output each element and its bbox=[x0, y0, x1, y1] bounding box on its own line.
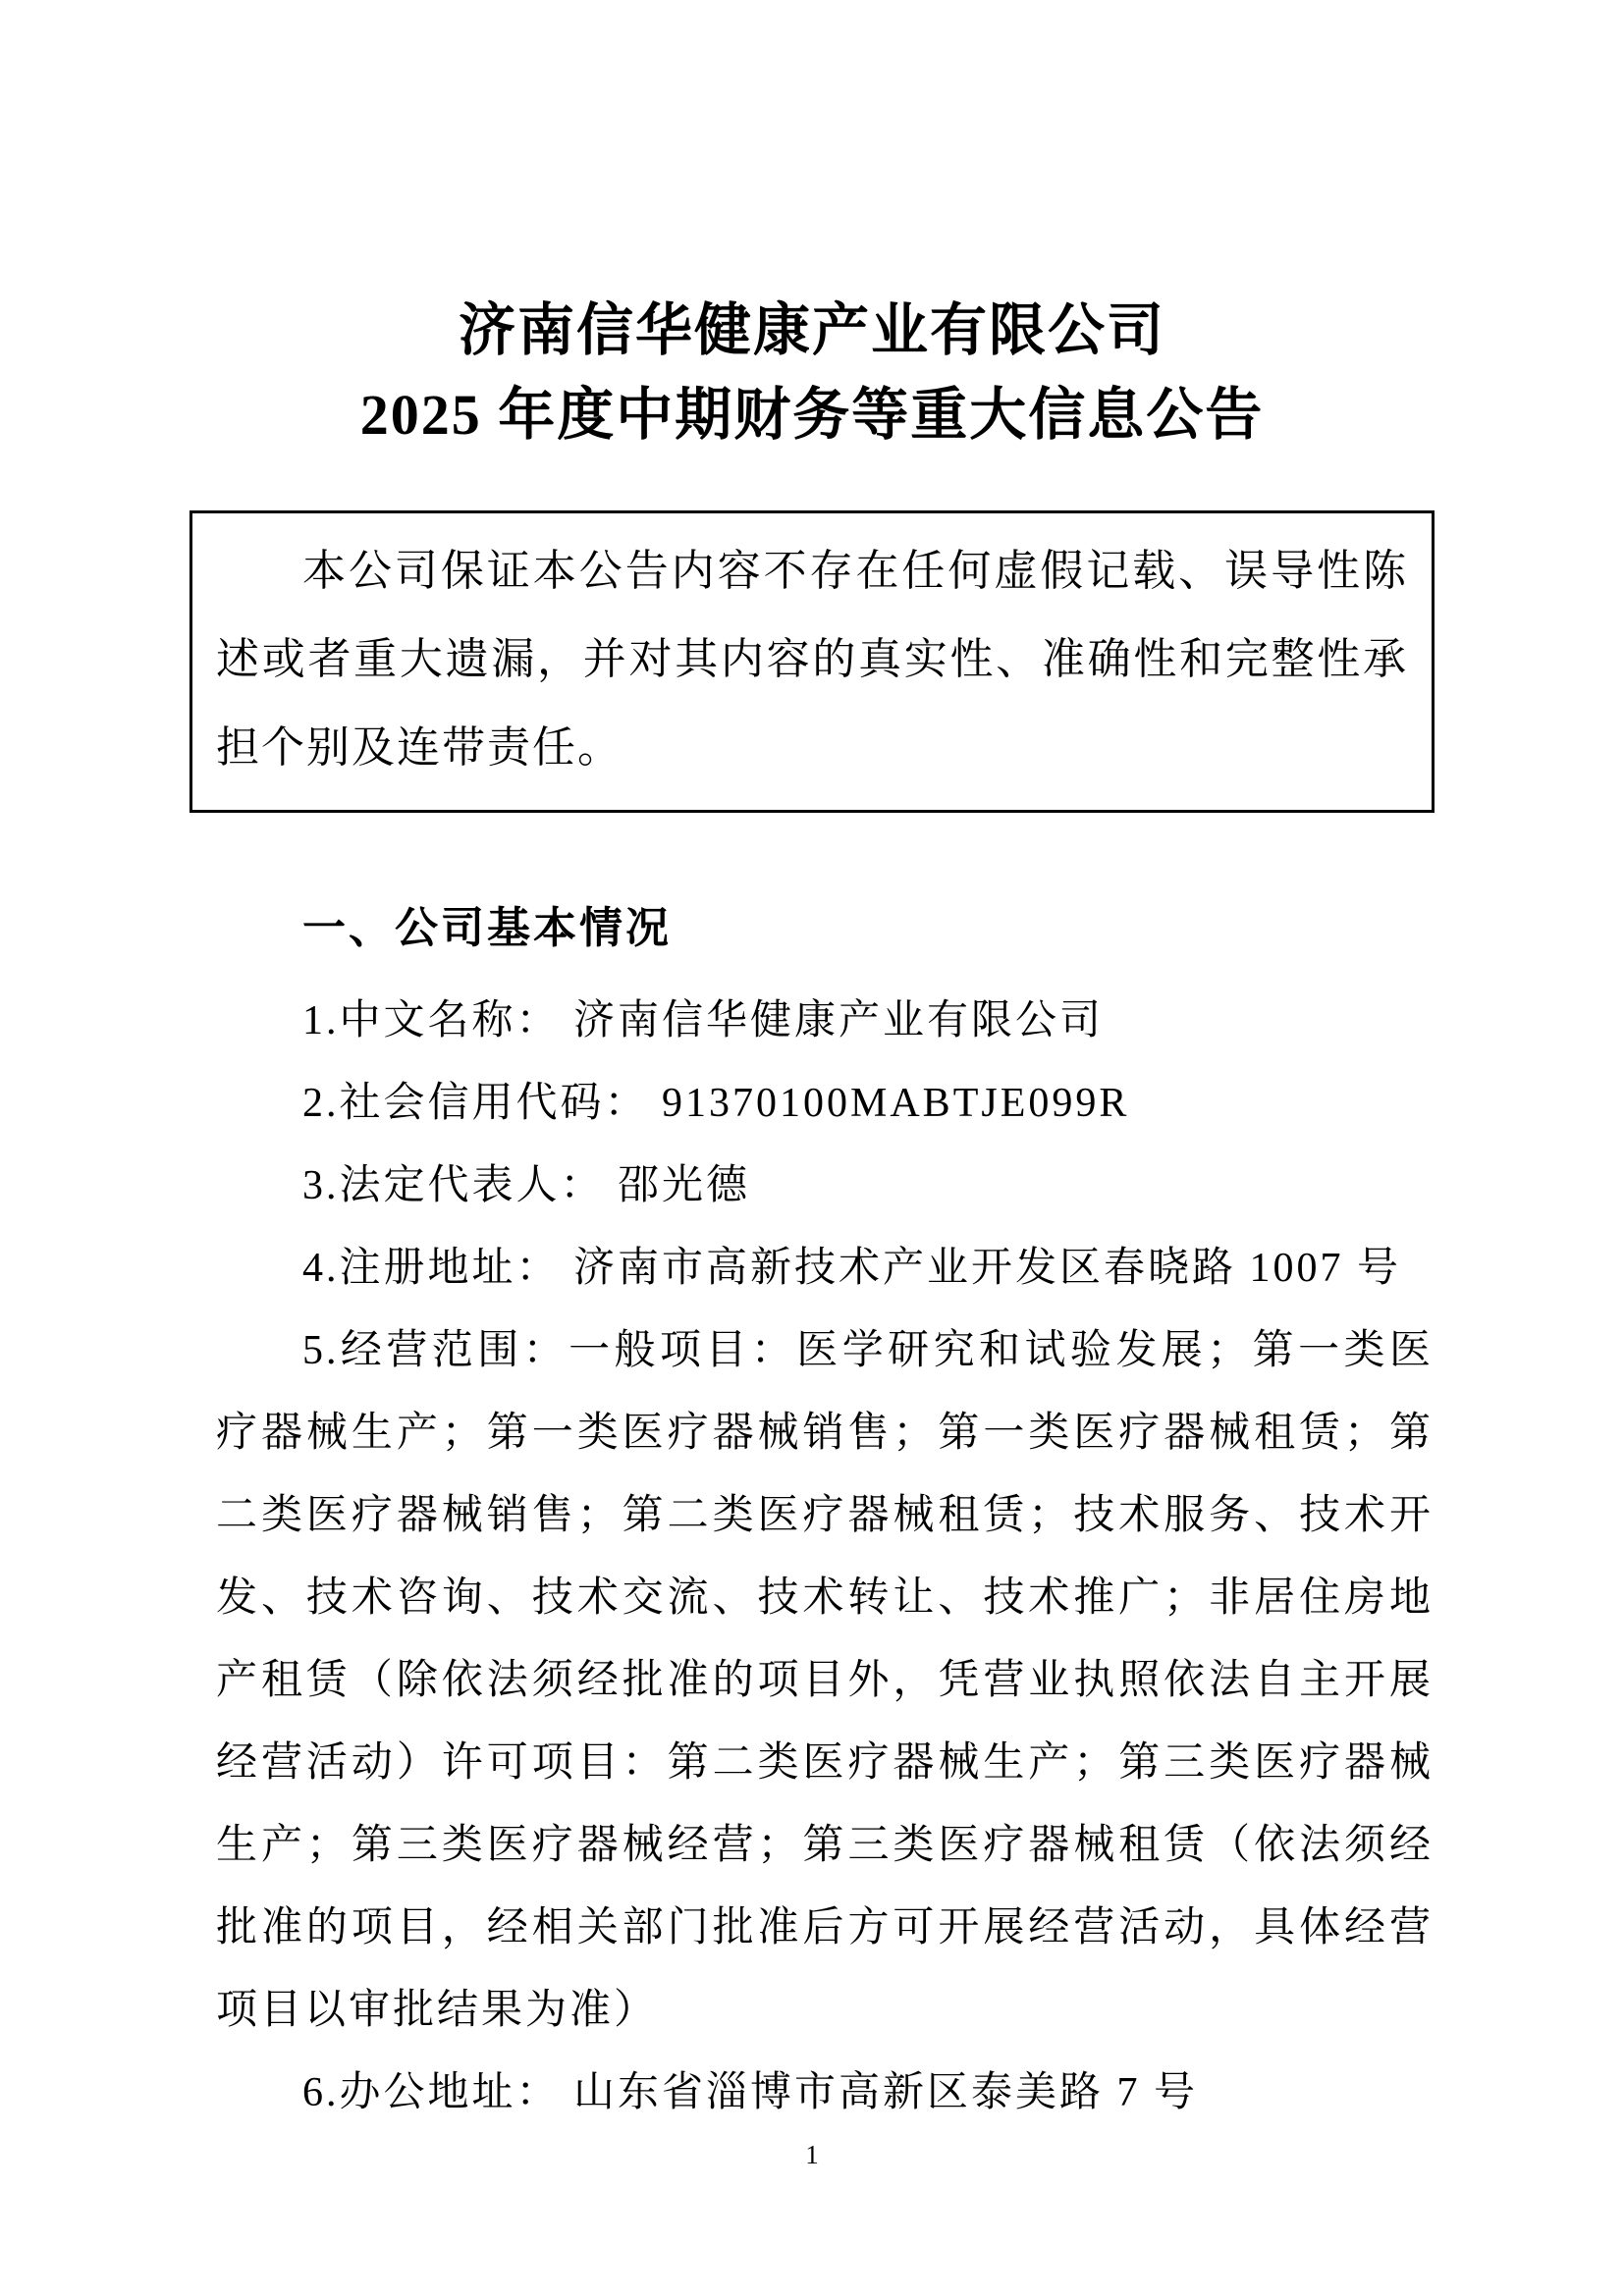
list-item-office-address: 6.办公地址： 山东省淄博市高新区泰美路 7 号 bbox=[216, 2052, 1434, 2134]
list-item-chinese-name: 1.中文名称： 济南信华健康产业有限公司 bbox=[216, 980, 1434, 1062]
disclaimer-box: 本公司保证本公告内容不存在任何虚假记载、误导性陈述或者重大遗漏，并对其内容的真实… bbox=[189, 510, 1435, 813]
list-item-legal-representative: 3.法定代表人： 邵光德 bbox=[216, 1145, 1434, 1227]
list-item-credit-code: 2.社会信用代码： 91370100MABTJE099R bbox=[216, 1062, 1434, 1145]
document-title: 济南信华健康产业有限公司 2025 年度中期财务等重大信息公告 bbox=[0, 0, 1624, 457]
document-page: 济南信华健康产业有限公司 2025 年度中期财务等重大信息公告 本公司保证本公告… bbox=[0, 0, 1624, 2296]
list-item-business-scope: 5.经营范围：一般项目：医学研究和试验发展；第一类医疗器械生产；第一类医疗器械销… bbox=[216, 1309, 1434, 2052]
list-item-registered-address: 4.注册地址： 济南市高新技术产业开发区春晓路 1007 号 bbox=[216, 1227, 1434, 1309]
section-heading-company-basics: 一、公司基本情况 bbox=[216, 899, 1434, 958]
document-body: 一、公司基本情况 1.中文名称： 济南信华健康产业有限公司 2.社会信用代码： … bbox=[216, 899, 1434, 2134]
document-title-line1: 济南信华健康产业有限公司 bbox=[0, 289, 1624, 373]
document-title-line2: 2025 年度中期财务等重大信息公告 bbox=[0, 373, 1624, 457]
page-number: 1 bbox=[0, 2140, 1624, 2170]
disclaimer-text: 本公司保证本公告内容不存在任何虚假记载、误导性陈述或者重大遗漏，并对其内容的真实… bbox=[216, 527, 1408, 792]
